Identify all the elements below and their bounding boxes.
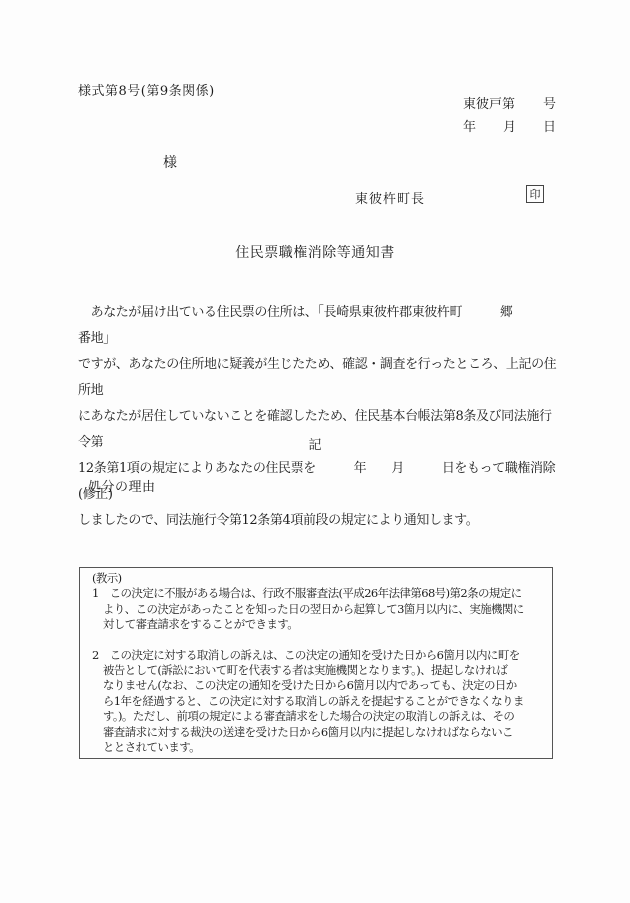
date-line: 年 月 日 (463, 116, 556, 139)
reason-heading: 処分の理由 (88, 476, 156, 495)
instruction-box: (教示) 1 この決定に不服がある場合は、行政不服審査法(平成26年法律第68号… (79, 567, 553, 759)
addressee-honorific: 様 (163, 152, 177, 172)
body-paragraph: あなたが届け出ている住民票の住所は、「長崎県東彼杵郡東彼杵町 郷 番地」 ですが… (78, 300, 562, 534)
date-month-label: 月 (503, 116, 516, 139)
seal-stamp: 印 (526, 185, 544, 203)
instruction-item-1: 1 この決定に不服がある場合は、行政不服審査法(平成26年法律第68号)第2条の… (92, 586, 544, 632)
instruction-item-2: 2 この決定に対する取消しの訴えは、この決定の通知を受けた日から6箇月以内に町を… (92, 648, 544, 756)
ki-section-marker: 記 (0, 434, 630, 453)
document-number-line: 東彼戸第 号 (463, 93, 556, 116)
document-title: 住民票職権消除等通知書 (0, 242, 630, 262)
document-number-prefix: 東彼戸第 (463, 93, 515, 116)
document-page: 様式第8号(第9条関係) 東彼戸第 号 年 月 日 様 東彼杵町長 印 住民票職… (0, 0, 630, 903)
date-year-label: 年 (463, 116, 476, 139)
instruction-heading: (教示) (92, 571, 544, 586)
date-day-label: 日 (543, 116, 556, 139)
form-number: 様式第8号(第9条関係) (78, 80, 215, 99)
document-number-suffix: 号 (543, 93, 556, 116)
document-number-block: 東彼戸第 号 年 月 日 (463, 93, 556, 139)
sender-title: 東彼杵町長 (355, 188, 425, 207)
